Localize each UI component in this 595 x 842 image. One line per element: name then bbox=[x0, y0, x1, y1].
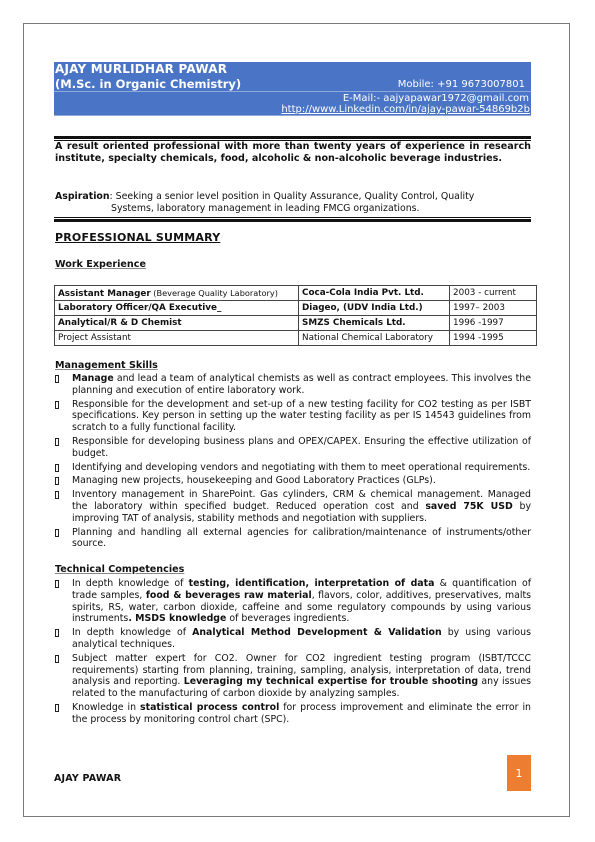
list-item: Managing new projects, housekeeping and … bbox=[55, 475, 531, 487]
item-text: of beverages ingredients. bbox=[226, 613, 349, 624]
role-title: Assistant Manager bbox=[58, 289, 151, 299]
bold-text: testing, identification, interpretation … bbox=[189, 578, 435, 589]
role-cell: Analytical/R & D Chemist bbox=[55, 316, 299, 331]
list-item: Inventory management in SharePoint. Gas … bbox=[55, 489, 531, 524]
page-number-badge: 1 bbox=[507, 755, 531, 791]
bold-text: saved 75K USD bbox=[425, 501, 512, 512]
item-text: Planning and handling all external agenc… bbox=[72, 527, 531, 550]
mobile-number: Mobile: +91 9673007801 bbox=[398, 79, 525, 90]
list-item: Knowledge in statistical process control… bbox=[55, 702, 531, 726]
list-item: In depth knowledge of Analytical Method … bbox=[55, 627, 531, 651]
bullet-icon bbox=[55, 704, 59, 712]
management-skills-list: Manage and lead a team of analytical che… bbox=[55, 373, 531, 552]
bold-text: Analytical Method Development & Validati… bbox=[192, 627, 442, 638]
list-item: Planning and handling all external agenc… bbox=[55, 527, 531, 551]
candidate-name: AJAY MURLIDHAR PAWAR bbox=[55, 62, 227, 76]
bullet-icon bbox=[55, 580, 59, 588]
table-row: Analytical/R & D ChemistSMZS Chemicals L… bbox=[55, 316, 537, 331]
aspiration: Aspiration: Seeking a senior level posit… bbox=[55, 191, 531, 215]
list-item: Identifying and developing vendors and n… bbox=[55, 462, 531, 474]
role-cell: Assistant Manager (Beverage Quality Labo… bbox=[55, 286, 299, 301]
bullet-icon bbox=[55, 629, 59, 637]
item-text: Identifying and developing vendors and n… bbox=[72, 462, 530, 473]
aspiration-label: Aspiration bbox=[55, 191, 110, 202]
item-text: Responsible for the development and set-… bbox=[72, 399, 531, 434]
company-cell: SMZS Chemicals Ltd. bbox=[299, 316, 450, 331]
bullet-icon bbox=[55, 477, 59, 485]
bullet-icon bbox=[55, 401, 59, 409]
bold-text: Manage bbox=[72, 373, 114, 384]
bullet-icon bbox=[55, 464, 59, 472]
role-cell: Project Assistant bbox=[55, 331, 299, 346]
header-divider bbox=[54, 115, 531, 116]
item-text: In depth knowledge of bbox=[72, 627, 192, 638]
technical-competencies-title: Technical Competencies bbox=[55, 564, 184, 575]
professional-summary-title: PROFESSIONAL SUMMARY bbox=[55, 231, 220, 244]
table-row: Assistant Manager (Beverage Quality Labo… bbox=[55, 286, 537, 301]
item-text: and lead a team of analytical chemists a… bbox=[72, 373, 531, 396]
period-cell: 1997– 2003 bbox=[450, 301, 537, 316]
bold-text: . MSDS knowledge bbox=[128, 613, 226, 624]
period-cell: 1994 -1995 bbox=[450, 331, 537, 346]
role-title: Project Assistant bbox=[58, 333, 131, 343]
role-note: (Beverage Quality Laboratory) bbox=[151, 288, 278, 298]
table-row: Laboratory Officer/QA Executive_Diageo, … bbox=[55, 301, 537, 316]
list-item: Responsible for developing business plan… bbox=[55, 436, 531, 460]
aspiration-text: : Seeking a senior level position in Qua… bbox=[110, 191, 475, 202]
bullet-icon bbox=[55, 375, 59, 383]
item-text: Managing new projects, housekeeping and … bbox=[72, 475, 436, 486]
management-skills-title: Management Skills bbox=[55, 360, 158, 371]
aspiration-text-cont: Systems, laboratory management in leadin… bbox=[55, 203, 531, 215]
header-divider bbox=[54, 91, 531, 92]
bullet-icon bbox=[55, 491, 59, 499]
bold-text: food & beverages raw material bbox=[146, 590, 312, 601]
bullet-icon bbox=[55, 529, 59, 537]
role-title: Laboratory Officer/QA Executive_ bbox=[58, 303, 221, 313]
period-cell: 2003 - current bbox=[450, 286, 537, 301]
list-item: In depth knowledge of testing, identific… bbox=[55, 578, 531, 625]
company-cell: Coca-Cola India Pvt. Ltd. bbox=[299, 286, 450, 301]
company-cell: National Chemical Laboratory bbox=[299, 331, 450, 346]
list-item: Subject matter expert for CO2. Owner for… bbox=[55, 653, 531, 700]
table-row: Project AssistantNational Chemical Labor… bbox=[55, 331, 537, 346]
bottom-rule bbox=[54, 217, 531, 222]
company-cell: Diageo, (UDV India Ltd.) bbox=[299, 301, 450, 316]
item-text: Responsible for developing business plan… bbox=[72, 436, 531, 459]
technical-competencies-list: In depth knowledge of testing, identific… bbox=[55, 578, 531, 728]
item-text: Knowledge in bbox=[72, 702, 140, 713]
role-cell: Laboratory Officer/QA Executive_ bbox=[55, 301, 299, 316]
work-experience-table: Assistant Manager (Beverage Quality Labo… bbox=[54, 285, 537, 346]
linkedin-link[interactable]: http://www.Linkedin.com/in/ajay-pawar-54… bbox=[281, 104, 530, 115]
bullet-icon bbox=[55, 655, 59, 663]
item-text: In depth knowledge of bbox=[72, 578, 189, 589]
candidate-degree: (M.Sc. in Organic Chemistry) bbox=[55, 77, 241, 91]
period-cell: 1996 -1997 bbox=[450, 316, 537, 331]
footer-name: AJAY PAWAR bbox=[54, 773, 121, 784]
work-experience-title: Work Experience bbox=[55, 259, 146, 270]
role-title: Analytical/R & D Chemist bbox=[58, 318, 182, 328]
bold-text: statistical process control bbox=[140, 702, 279, 713]
profile-summary: A result oriented professional with more… bbox=[55, 141, 531, 165]
list-item: Manage and lead a team of analytical che… bbox=[55, 373, 531, 397]
email-address: E-Mail:- aajyapawar1972@gmail.com bbox=[343, 93, 529, 104]
header-band: AJAY MURLIDHAR PAWAR (M.Sc. in Organic C… bbox=[54, 62, 531, 116]
bullet-icon bbox=[55, 438, 59, 446]
list-item: Responsible for the development and set-… bbox=[55, 399, 531, 434]
bold-text: Leveraging my technical expertise for tr… bbox=[184, 676, 478, 687]
